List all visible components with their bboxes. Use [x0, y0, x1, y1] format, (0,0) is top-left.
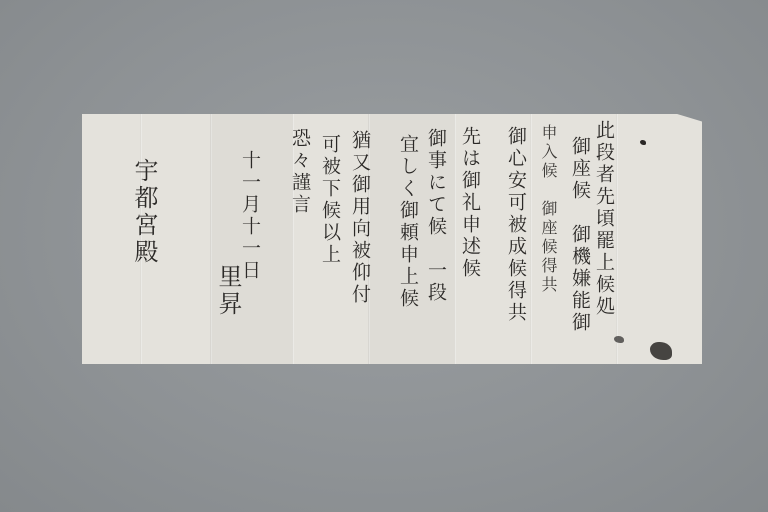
- letter-addressee: 宇都宮殿: [132, 158, 156, 266]
- fold-line: [454, 114, 456, 364]
- letter-sender: 里昇: [216, 264, 240, 318]
- fold-line: [530, 114, 532, 364]
- letter-column-1: 此段者先頃罷上候処: [594, 120, 613, 318]
- letter-paper: 此段者先頃罷上候処 御座候 御機嫌能御 申入候 御座候得共 御心安可被成候得共 …: [82, 114, 702, 364]
- letter-column-9: 可被下候以上: [320, 134, 339, 266]
- letter-date: 十一月十一日: [240, 150, 259, 282]
- letter-column-6: 御事にて候 一段: [426, 128, 445, 304]
- ink-stain: [650, 342, 672, 360]
- letter-column-3: 申入候 御座候得共: [540, 124, 556, 295]
- letter-column-2: 御座候 御機嫌能御: [570, 136, 589, 334]
- letter-column-7: 宜しく御頼申上候: [398, 134, 417, 310]
- ink-spot: [640, 140, 646, 145]
- letter-column-8: 猶又御用向被仰付: [350, 130, 369, 306]
- ink-stain: [614, 336, 624, 343]
- letter-column-4: 御心安可被成候得共: [506, 126, 525, 324]
- letter-column-5: 先は御礼申述候: [460, 126, 479, 280]
- letter-column-10: 恐々謹言: [290, 128, 309, 216]
- fold-line: [616, 114, 618, 364]
